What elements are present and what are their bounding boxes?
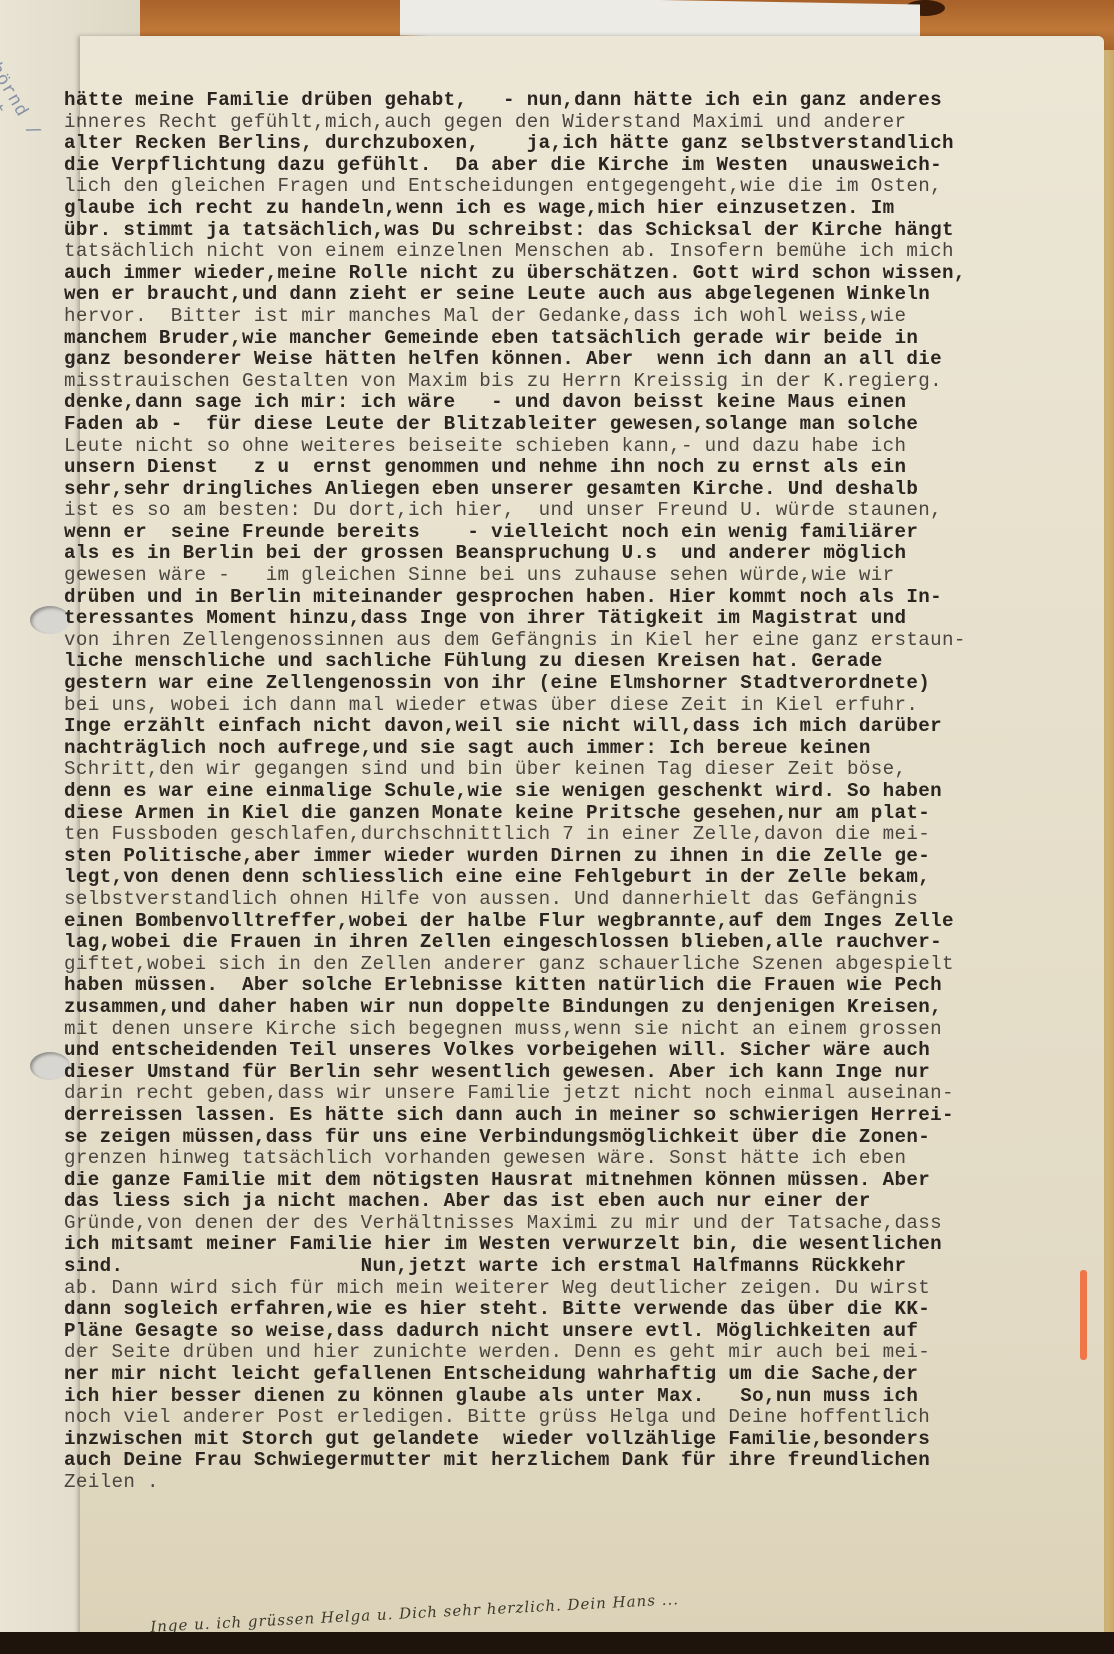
letter-line: Schritt,den wir gegangen sind und bin üb… xyxy=(64,759,1064,781)
letter-body-text: hätte meine Familie drüben gehabt, - nun… xyxy=(64,90,1064,1494)
letter-line: ten Fussboden geschlafen,durchschnittlic… xyxy=(64,824,1064,846)
letter-line: ab. Dann wird sich für mich mein weitere… xyxy=(64,1278,1064,1300)
letter-line: ich mitsamt meiner Familie hier im Weste… xyxy=(64,1234,1064,1256)
letter-line: ist es so am besten: Du dort,ich hier, u… xyxy=(64,500,1064,522)
letter-line: auch immer wieder,meine Rolle nicht zu ü… xyxy=(64,263,1064,285)
letter-line: se zeigen müssen,dass für uns eine Verbi… xyxy=(64,1127,1064,1149)
letter-line: der Seite drüben und hier zunichte werde… xyxy=(64,1342,1064,1364)
letter-line: wenn er seine Freunde bereits - vielleic… xyxy=(64,522,1064,544)
letter-line: manchem Bruder,wie mancher Gemeinde eben… xyxy=(64,328,1064,350)
letter-line: tatsächlich nicht von einem einzelnen Me… xyxy=(64,241,1064,263)
letter-line: gewesen wäre - im gleichen Sinne bei uns… xyxy=(64,565,1064,587)
letter-line: sind. Nun,jetzt warte ich erstmal Halfma… xyxy=(64,1256,1064,1278)
letter-line: alter Recken Berlins, durchzuboxen, ja,i… xyxy=(64,133,1064,155)
letter-line: auch Deine Frau Schwiegermutter mit herz… xyxy=(64,1450,1064,1472)
letter-line: sehr,sehr dringliches Anliegen eben unse… xyxy=(64,479,1064,501)
letter-line: selbstverstandlich ohnen Hilfe von ausse… xyxy=(64,889,1064,911)
red-margin-mark xyxy=(1080,1270,1087,1360)
letter-line: Gründe,von denen der des Verhältnisses M… xyxy=(64,1213,1064,1235)
letter-line: misstrauischen Gestalten von Maxim bis z… xyxy=(64,371,1064,393)
letter-line: denn es war eine einmalige Schule,wie si… xyxy=(64,781,1064,803)
letter-line: die Verpflichtung dazu gefühlt. Da aber … xyxy=(64,155,1064,177)
letter-line: glaube ich recht zu handeln,wenn ich es … xyxy=(64,198,1064,220)
letter-line: Zeilen . xyxy=(64,1472,1064,1494)
letter-line: inzwischen mit Storch gut gelandete wied… xyxy=(64,1429,1064,1451)
letter-line: teressantes Moment hinzu,dass Inge von i… xyxy=(64,608,1064,630)
letter-line: die ganze Familie mit dem nötigsten Haus… xyxy=(64,1170,1064,1192)
letter-line: sten Politische,aber immer wieder wurden… xyxy=(64,846,1064,868)
letter-line: darin recht geben,dass wir unsere Famili… xyxy=(64,1083,1064,1105)
letter-line: lich den gleichen Fragen und Entscheidun… xyxy=(64,176,1064,198)
letter-line: grenzen hinweg tatsächlich vorhanden gew… xyxy=(64,1148,1064,1170)
letter-line: haben müssen. Aber solche Erlebnisse kit… xyxy=(64,975,1064,997)
letter-line: übr. stimmt ja tatsächlich,was Du schrei… xyxy=(64,220,1064,242)
letter-line: mit denen unsere Kirche sich begegnen mu… xyxy=(64,1019,1064,1041)
letter-line: einen Bombenvolltreffer,wobei der halbe … xyxy=(64,911,1064,933)
letter-line: Inge erzählt einfach nicht davon,weil si… xyxy=(64,716,1064,738)
letter-line: von ihren Zellengenossinnen aus dem Gefä… xyxy=(64,630,1064,652)
letter-line: ich hier besser dienen zu können glaube … xyxy=(64,1386,1064,1408)
letter-line: legt,von denen denn schliesslich eine ei… xyxy=(64,867,1064,889)
letter-line: Pläne Gesagte so weise,dass dadurch nich… xyxy=(64,1321,1064,1343)
desk-shadow-bottom xyxy=(0,1632,1114,1654)
letter-line: diese Armen in Kiel die ganzen Monate ke… xyxy=(64,803,1064,825)
letter-line: noch viel anderer Post erledigen. Bitte … xyxy=(64,1407,1064,1429)
letter-line: bei uns, wobei ich dann mal wieder etwas… xyxy=(64,695,1064,717)
letter-line: drüben und in Berlin miteinander gesproc… xyxy=(64,587,1064,609)
letter-line: unsern Dienst z u ernst genommen und neh… xyxy=(64,457,1064,479)
letter-line: als es in Berlin bei der grossen Beanspr… xyxy=(64,543,1064,565)
letter-line: lag,wobei die Frauen in ihren Zellen ein… xyxy=(64,932,1064,954)
letter-line: zusammen,und daher haben wir nun doppelt… xyxy=(64,997,1064,1019)
letter-line: nachträglich noch aufrege,und sie sagt a… xyxy=(64,738,1064,760)
letter-line: dann sogleich erfahren,wie es hier steht… xyxy=(64,1299,1064,1321)
letter-line: gestern war eine Zellengenossin von ihr … xyxy=(64,673,1064,695)
letter-line: und entscheidenden Teil unseres Volkes v… xyxy=(64,1040,1064,1062)
letter-line: hervor. Bitter ist mir manches Mal der G… xyxy=(64,306,1064,328)
letter-line: dieser Umstand für Berlin sehr wesentlic… xyxy=(64,1062,1064,1084)
letter-line: derreissen lassen. Es hätte sich dann au… xyxy=(64,1105,1064,1127)
letter-line: liche menschliche und sachliche Fühlung … xyxy=(64,651,1064,673)
letter-line: giftet,wobei sich in den Zellen anderer … xyxy=(64,954,1064,976)
letter-line: Leute nicht so ohne weiteres beiseite sc… xyxy=(64,436,1064,458)
letter-line: Faden ab - für diese Leute der Blitzable… xyxy=(64,414,1064,436)
letter-line: ganz besonderer Weise hätten helfen könn… xyxy=(64,349,1064,371)
letter-line: inneres Recht gefühlt,mich,auch gegen de… xyxy=(64,112,1064,134)
letter-line: ner mir nicht leicht gefallenen Entschei… xyxy=(64,1364,1064,1386)
letter-line: wen er braucht,und dann zieht er seine L… xyxy=(64,284,1064,306)
letter-line: denke,dann sage ich mir: ich wäre - und … xyxy=(64,392,1064,414)
letter-line: hätte meine Familie drüben gehabt, - nun… xyxy=(64,90,1064,112)
letter-line: das liess sich ja nicht machen. Aber das… xyxy=(64,1191,1064,1213)
margin-stamp-text: hörnd / test xyxy=(0,60,71,200)
